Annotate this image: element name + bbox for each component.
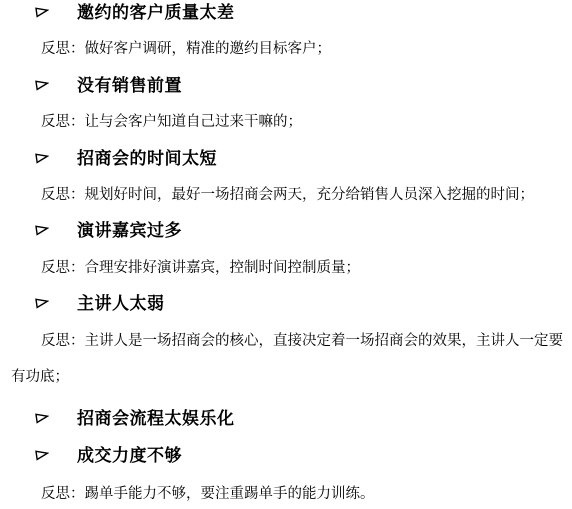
- bullet-heading-line: 招商会流程太娱乐化: [11, 401, 572, 437]
- heading-text: 主讲人太弱: [77, 294, 165, 313]
- arrow-bullet-icon: [35, 401, 77, 437]
- heading-text: 成交力度不够: [77, 446, 182, 465]
- reflection-text: 有功底；: [11, 369, 69, 385]
- reflection-text: 反思：做好客户调研，精准的邀约目标客户；: [41, 41, 331, 57]
- heading-text: 邀约的客户质量太差: [77, 3, 235, 22]
- heading-text: 招商会的时间太短: [77, 149, 217, 168]
- bullet-heading-line: 成交力度不够: [11, 438, 572, 474]
- heading-text: 演讲嘉宾过多: [77, 221, 182, 240]
- arrow-bullet-icon: [35, 213, 77, 249]
- arrow-bullet-icon: [35, 141, 77, 177]
- reflection-line: 反思：让与会客户知道自己过来干嘛的；: [11, 104, 572, 140]
- reflection-text: 反思：让与会客户知道自己过来干嘛的；: [41, 114, 302, 130]
- document-content: 邀约的客户质量太差 反思：做好客户调研，精准的邀约目标客户； 没有销售前置 反思…: [0, 0, 572, 509]
- reflection-text: 反思：合理安排好演讲嘉宾，控制时间控制质量；: [41, 260, 360, 276]
- bullet-heading-line: 主讲人太弱: [11, 286, 572, 322]
- arrow-bullet-icon: [35, 438, 77, 474]
- bullet-heading-line: 招商会的时间太短: [11, 141, 572, 177]
- heading-text: 招商会流程太娱乐化: [77, 409, 235, 428]
- arrow-bullet-icon: [35, 286, 77, 322]
- reflection-line: 反思：规划好时间，最好一场招商会两天，充分给销售人员深入挖掘的时间；: [11, 177, 572, 213]
- heading-text: 没有销售前置: [77, 76, 182, 95]
- reflection-text: 反思：主讲人是一场招商会的核心，直接决定着一场招商会的效果，主讲人一定要: [41, 333, 563, 349]
- reflection-continuation-line: 有功底；: [11, 359, 572, 395]
- reflection-line: 反思：踢单手能力不够，要注重踢单手的能力训练。: [11, 476, 572, 509]
- arrow-bullet-icon: [35, 0, 77, 31]
- reflection-line: 反思：合理安排好演讲嘉宾，控制时间控制质量；: [11, 250, 572, 286]
- document-page: 邀约的客户质量太差 反思：做好客户调研，精准的邀约目标客户； 没有销售前置 反思…: [0, 0, 572, 509]
- reflection-text: 反思：规划好时间，最好一场招商会两天，充分给销售人员深入挖掘的时间；: [41, 187, 534, 203]
- arrow-bullet-icon: [35, 68, 77, 104]
- reflection-line: 反思：做好客户调研，精准的邀约目标客户；: [11, 31, 572, 67]
- bullet-heading-line: 没有销售前置: [11, 68, 572, 104]
- reflection-line: 反思：主讲人是一场招商会的核心，直接决定着一场招商会的效果，主讲人一定要: [11, 323, 572, 359]
- bullet-heading-line: 演讲嘉宾过多: [11, 213, 572, 249]
- bullet-heading-line: 邀约的客户质量太差: [11, 0, 572, 31]
- reflection-text: 反思：踢单手能力不够，要注重踢单手的能力训练。: [41, 486, 375, 502]
